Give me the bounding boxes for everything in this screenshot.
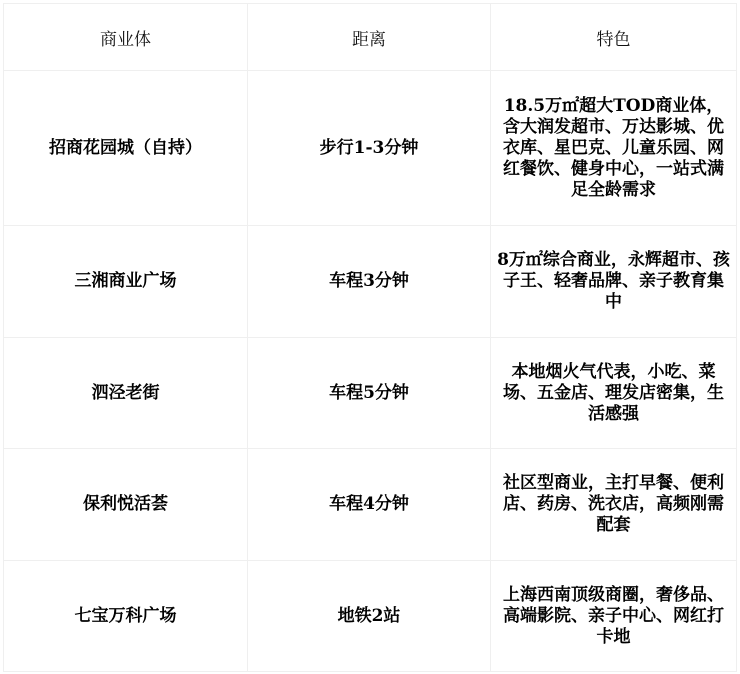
cell-name: 泗泾老街 xyxy=(4,338,248,449)
table-row: 保利悦活荟 车程4分钟 社区型商业，主打早餐、便利店、药房、洗衣店，高频刚需配套 xyxy=(4,449,737,561)
cell-name: 七宝万科广场 xyxy=(4,561,248,672)
header-feature: 特色 xyxy=(491,4,737,71)
header-commercial: 商业体 xyxy=(4,4,248,71)
cell-distance: 步行1-3分钟 xyxy=(248,71,491,226)
cell-distance: 地铁2站 xyxy=(248,561,491,672)
cell-name: 三湘商业广场 xyxy=(4,226,248,338)
table-row: 招商花园城（自持） 步行1-3分钟 18.5万㎡超大TOD商业体，含大润发超市、… xyxy=(4,71,737,226)
header-row: 商业体 距离 特色 xyxy=(4,4,737,71)
cell-feature: 社区型商业，主打早餐、便利店、药房、洗衣店，高频刚需配套 xyxy=(491,449,737,561)
cell-feature: 8万㎡综合商业，永辉超市、孩子王、轻奢品牌、亲子教育集中 xyxy=(491,226,737,338)
commercial-comparison-table: 商业体 距离 特色 招商花园城（自持） 步行1-3分钟 18.5万㎡超大TOD商… xyxy=(3,3,737,672)
cell-feature: 18.5万㎡超大TOD商业体，含大润发超市、万达影城、优衣库、星巴克、儿童乐园、… xyxy=(491,71,737,226)
table-row: 泗泾老街 车程5分钟 本地烟火气代表，小吃、菜场、五金店、理发店密集，生活感强 xyxy=(4,338,737,449)
cell-distance: 车程3分钟 xyxy=(248,226,491,338)
table-container: 商业体 距离 特色 招商花园城（自持） 步行1-3分钟 18.5万㎡超大TOD商… xyxy=(3,3,737,672)
cell-distance: 车程5分钟 xyxy=(248,338,491,449)
table-row: 三湘商业广场 车程3分钟 8万㎡综合商业，永辉超市、孩子王、轻奢品牌、亲子教育集… xyxy=(4,226,737,338)
cell-feature: 本地烟火气代表，小吃、菜场、五金店、理发店密集，生活感强 xyxy=(491,338,737,449)
table-row: 七宝万科广场 地铁2站 上海西南顶级商圈，奢侈品、高端影院、亲子中心、网红打卡地 xyxy=(4,561,737,672)
cell-name: 保利悦活荟 xyxy=(4,449,248,561)
header-distance: 距离 xyxy=(248,4,491,71)
cell-feature: 上海西南顶级商圈，奢侈品、高端影院、亲子中心、网红打卡地 xyxy=(491,561,737,672)
cell-name: 招商花园城（自持） xyxy=(4,71,248,226)
cell-distance: 车程4分钟 xyxy=(248,449,491,561)
